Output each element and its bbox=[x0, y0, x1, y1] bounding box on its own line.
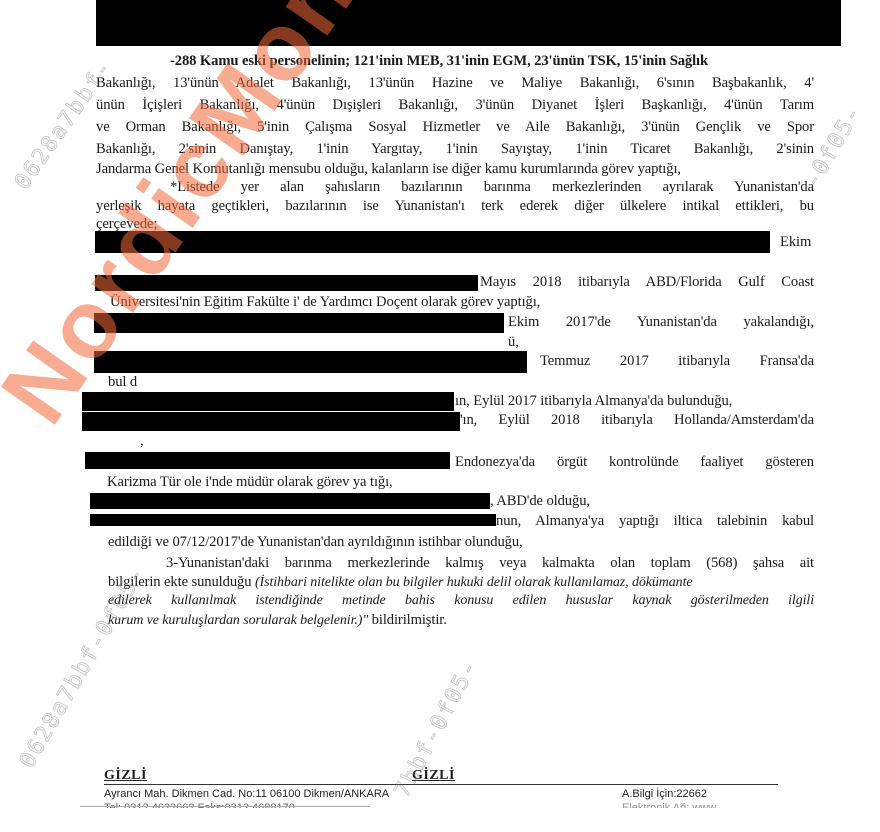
item1-text: Ekim bbox=[780, 233, 811, 251]
redaction-header bbox=[96, 0, 841, 46]
para1-line4: ve Orman Bakanlığı, 5'inin Çalışma Sosya… bbox=[96, 118, 814, 136]
redaction-item8 bbox=[90, 493, 490, 509]
item2-continuation: Üniversitesi'nin Eğitim Fakülte i' de Ya… bbox=[110, 293, 540, 311]
redaction-item7 bbox=[85, 452, 450, 469]
item9-continuation: edildiği ve 07/12/2017'de Yunanistan'dan… bbox=[108, 533, 523, 551]
para2-line1: *Listede yer alan şahısların bazılarının… bbox=[170, 178, 814, 196]
classification-left: GİZLİ bbox=[104, 768, 147, 784]
para1-line6: Jandarma Genel Komutanlığı mensubu olduğ… bbox=[96, 160, 814, 178]
redaction-item4 bbox=[94, 351, 527, 373]
para3-line3: edilerek kullanılmak istendiğinde metind… bbox=[108, 592, 814, 610]
item6-text: 'ın, Eylül 2018 itibarıyla Hollanda/Amst… bbox=[460, 411, 814, 429]
redaction-item1 bbox=[95, 231, 770, 253]
para3-line4: kurum ve kuruluşlardan sorularak belgele… bbox=[108, 611, 447, 630]
footer-address: Ayrancı Mah. Dikmen Cad. No:11 06100 Dik… bbox=[104, 788, 389, 800]
classification-center: GİZLİ bbox=[412, 768, 455, 784]
item5-text: ın, Eylül 2017 itibarıyla Almanya'da bul… bbox=[455, 392, 732, 410]
para3-line2-italic: (İstihbari nitelikte olan bu bilgiler hu… bbox=[255, 575, 693, 590]
footer-info2: Elektronik Ağ: www... bbox=[622, 802, 725, 808]
redaction-item9 bbox=[90, 514, 496, 526]
document-page: -288 Kamu eski personelinin; 121'inin ME… bbox=[0, 0, 880, 832]
para2-line2: yerleşik hayata geçtikleri, bazılarının … bbox=[96, 197, 814, 215]
item8-text: , ABD'de olduğu, bbox=[490, 492, 590, 510]
redaction-item3 bbox=[94, 313, 504, 333]
item3-continuation: ü, bbox=[508, 333, 519, 351]
item4-text: Temmuz 2017 itibarıyla Fransa'da bbox=[540, 352, 814, 370]
para1-line2: Bakanlığı, 13'ünün Adalet Bakanlığı, 13'… bbox=[96, 74, 814, 92]
para1-line1: -288 Kamu eski personelinin; 121'inin ME… bbox=[170, 52, 814, 70]
footer-info: A.Bilgi İçin:22662 bbox=[622, 788, 707, 800]
item6-continuation: , bbox=[140, 432, 144, 450]
item3-text: Ekim 2017'de Yunanistan'da yakalandığı, bbox=[508, 313, 814, 331]
para3-line4-italic: kurum ve kuruluşlardan sorularak belgele… bbox=[108, 613, 368, 628]
para3-line2-normal: bilgilerin ekte sunulduğu bbox=[108, 574, 255, 590]
item7-text: Endonezya'da örgüt kontrolünde faaliyet … bbox=[455, 453, 814, 471]
para3-line2: bilgilerin ekte sunulduğu (İstihbari nit… bbox=[108, 573, 814, 592]
footer-phone: Tel: 0312 4622662 Faks:0312 4688170 bbox=[104, 802, 295, 808]
footer-divider bbox=[104, 784, 778, 785]
redaction-item6 bbox=[82, 412, 460, 431]
para1-line3: ünün İçişleri Bakanlığı, 4'ünün Dışişler… bbox=[96, 96, 814, 114]
item2-text: Mayıs 2018 itibarıyla ABD/Florida Gulf C… bbox=[480, 273, 814, 291]
footer-divider-2 bbox=[80, 806, 370, 807]
item9-text: nun, Almanya'ya yaptığı iltica talebinin… bbox=[496, 512, 814, 530]
item7-continuation: Karizma Tür ole i'nde müdür olarak görev… bbox=[107, 473, 393, 491]
redaction-item5 bbox=[82, 392, 454, 411]
para3-line4-normal: bildirilmiştir. bbox=[368, 612, 447, 628]
item4-continuation: bul d bbox=[108, 373, 137, 391]
redaction-item2 bbox=[95, 275, 478, 291]
para3-line1: 3-Yunanistan'daki barınma merkezlerinde … bbox=[166, 554, 814, 572]
para1-line5: Bakanlığı, 2'sinin Danıştay, 1'inin Yarg… bbox=[96, 140, 814, 158]
